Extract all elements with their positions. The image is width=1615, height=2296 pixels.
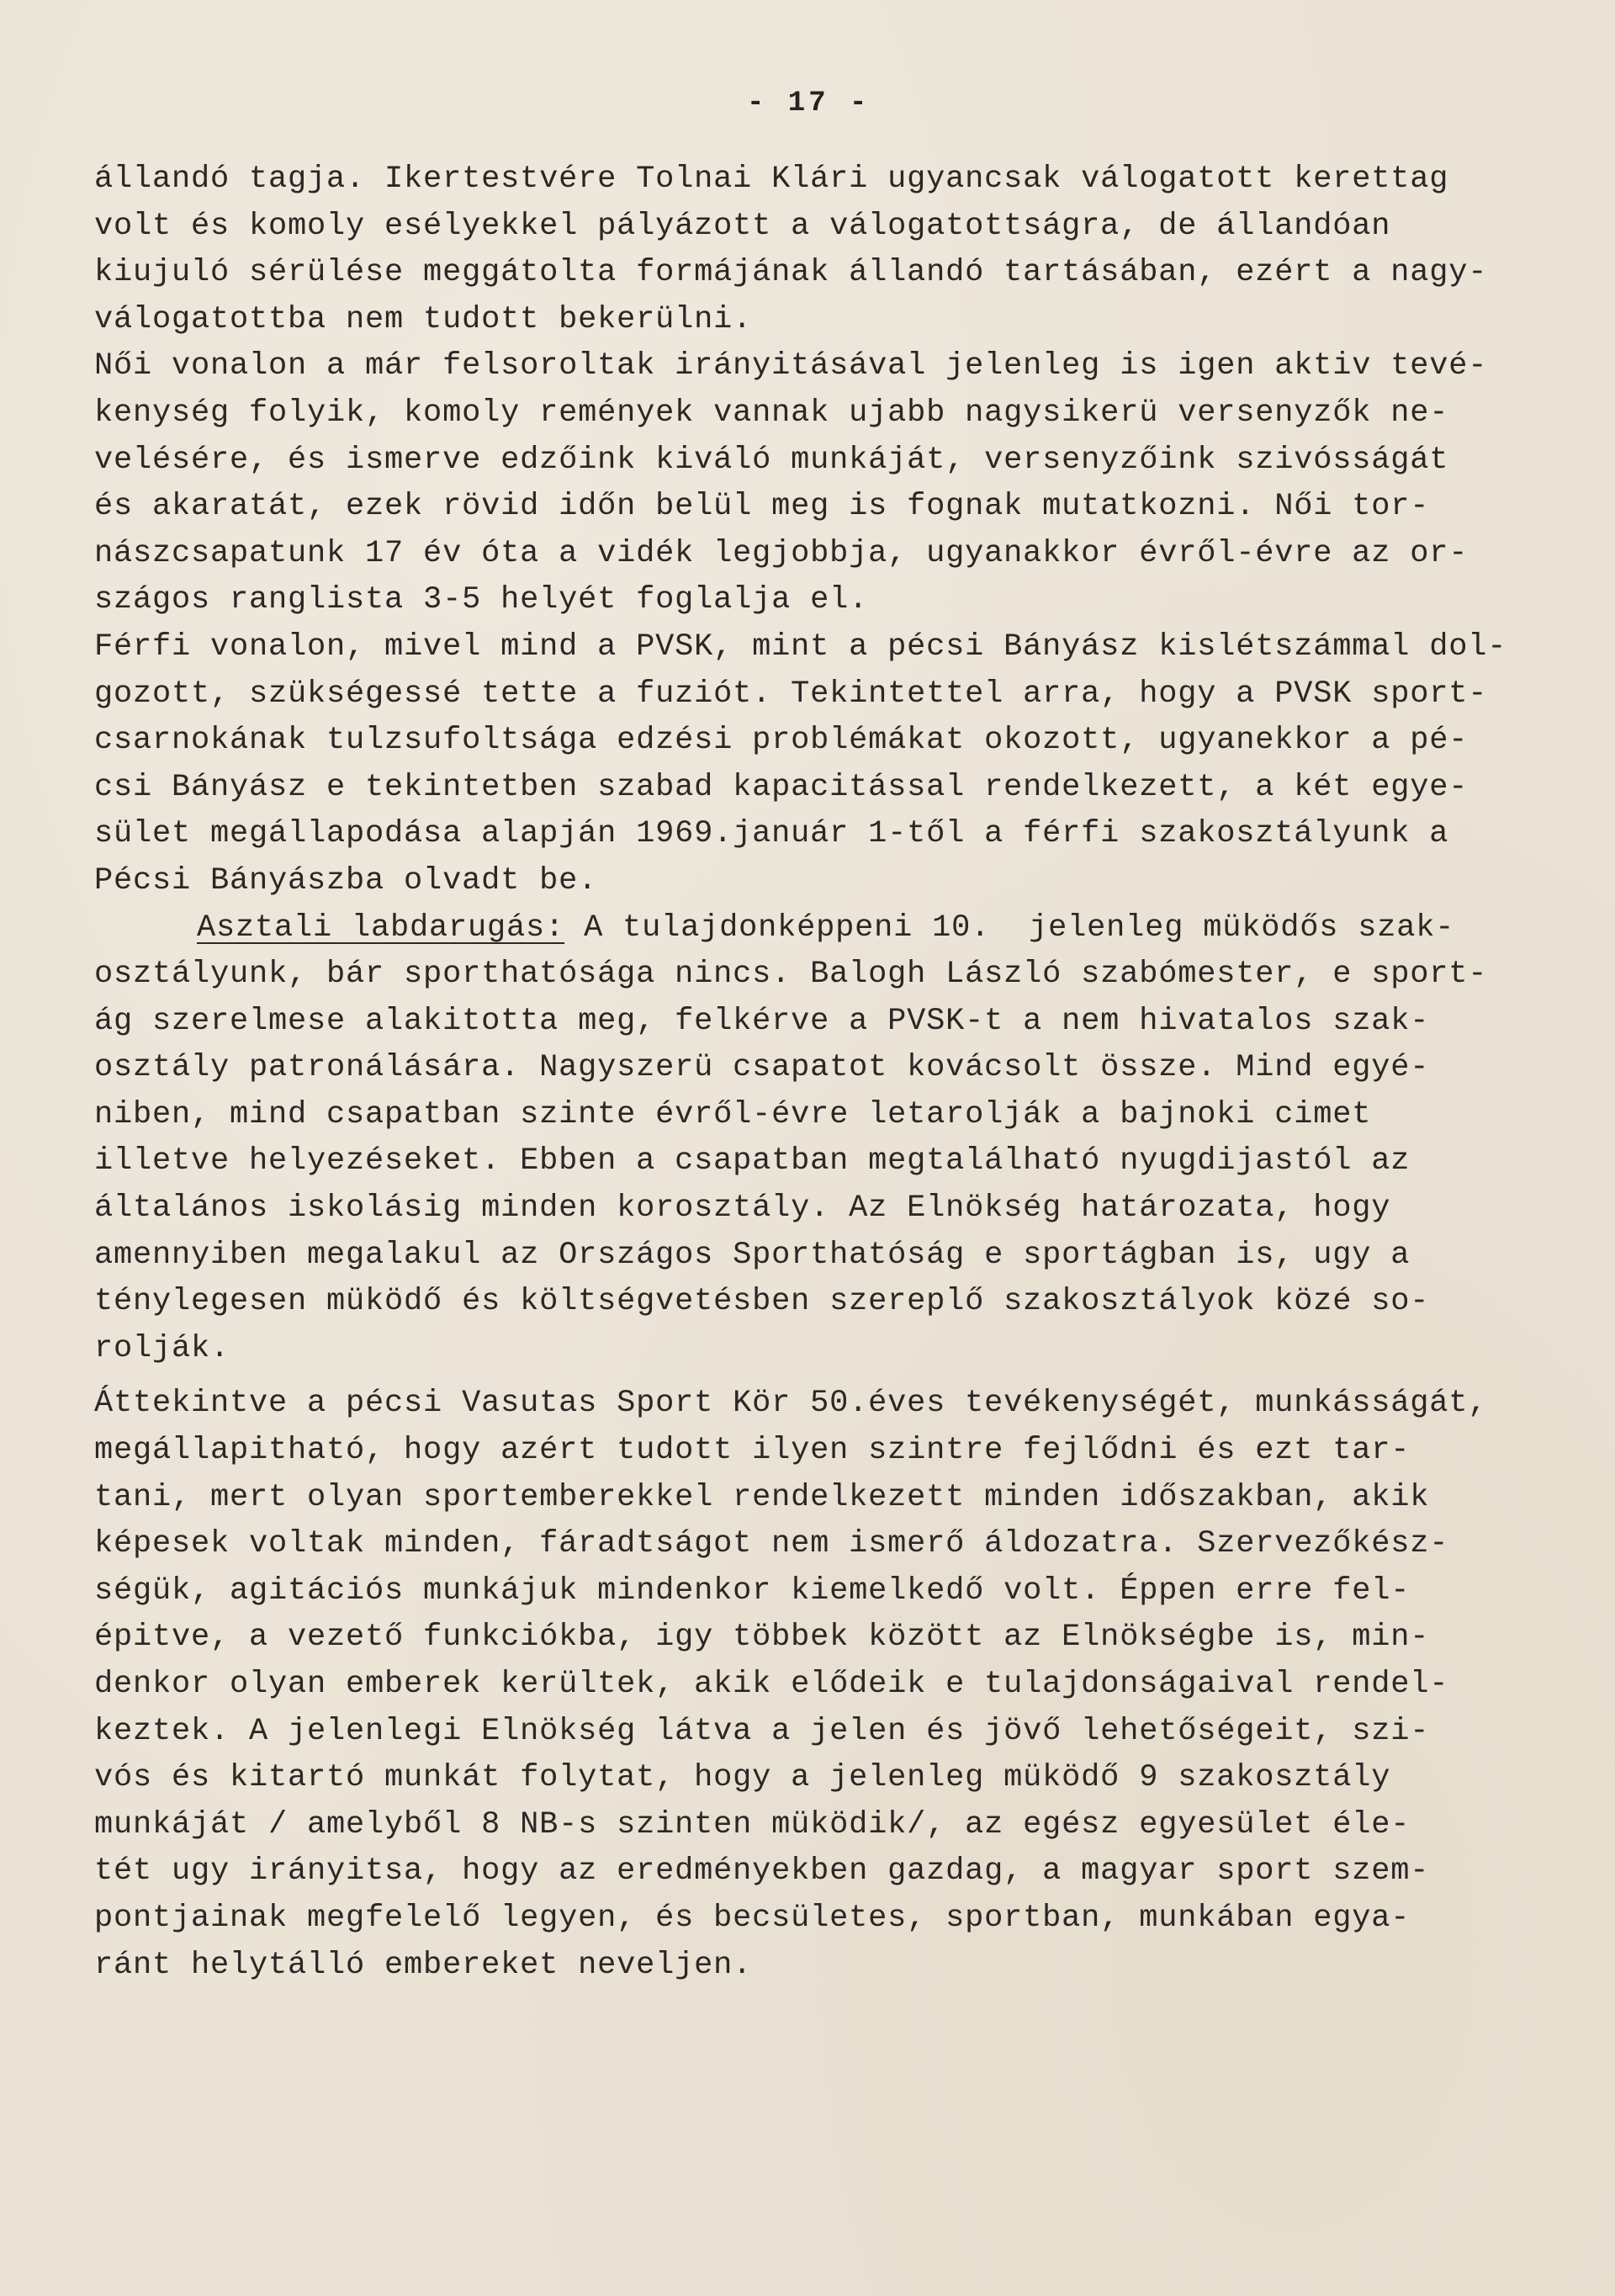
text-line: Férfi vonalon, mivel mind a PVSK, mint a… xyxy=(94,624,1575,671)
text-line: tani, mert olyan sportemberekkel rendelk… xyxy=(94,1475,1575,1522)
text-line: vós és kitartó munkát folytat, hogy a je… xyxy=(94,1755,1575,1802)
text-line: munkáját / amelyből 8 NB-s szinten müköd… xyxy=(94,1802,1575,1849)
text-line: gozott, szükségessé tette a fuziót. Teki… xyxy=(94,671,1575,718)
text-line: általános iskolásig minden korosztály. A… xyxy=(94,1185,1575,1233)
text-line: Pécsi Bányászba olvadt be. xyxy=(94,858,1575,905)
text-line: nászcsapatunk 17 év óta a vidék legjobbj… xyxy=(94,531,1575,578)
text-line: osztályunk, bár sporthatósága nincs. Bal… xyxy=(94,952,1575,999)
text-line: denkor olyan emberek kerültek, akik előd… xyxy=(94,1662,1575,1709)
text-line: képesek voltak minden, fáradtságot nem i… xyxy=(94,1521,1575,1568)
heading-line-text: A tulajdonképpeni 10. jelenleg müködős s… xyxy=(564,910,1454,946)
text-line: ségük, agitációs munkájuk mindenkor kiem… xyxy=(94,1568,1575,1615)
text-line: niben, mind csapatban szinte évről-évre … xyxy=(94,1092,1575,1139)
paragraph-womens-line: Női vonalon a már felsoroltak irányitásá… xyxy=(94,343,1575,624)
paragraph-summary: Áttekintve a pécsi Vasutas Sport Kör 50.… xyxy=(94,1381,1575,1989)
text-line: kiujuló sérülése meggátolta formájának á… xyxy=(94,250,1575,297)
text-line: tét ugy irányitsa, hogy az eredményekben… xyxy=(94,1848,1575,1896)
text-line: pontjainak megfelelő legyen, és becsület… xyxy=(94,1896,1575,1943)
text-line: keztek. A jelenlegi Elnökség látva a jel… xyxy=(94,1709,1575,1756)
page-number: - 17 - xyxy=(747,87,870,119)
text-line: válogatottba nem tudott bekerülni. xyxy=(94,297,1575,344)
text-line-heading: Asztali labdarugás: A tulajdonképpeni 10… xyxy=(94,905,1575,952)
paragraph-mens-line: Férfi vonalon, mivel mind a PVSK, mint a… xyxy=(94,624,1575,905)
text-line: Áttekintve a pécsi Vasutas Sport Kör 50.… xyxy=(94,1381,1575,1428)
text-line: volt és komoly esélyekkel pályázott a vá… xyxy=(94,204,1575,251)
text-line: kenység folyik, komoly remények vannak u… xyxy=(94,390,1575,437)
text-line: ténylegesen müködő és költségvetésben sz… xyxy=(94,1279,1575,1326)
text-line: osztály patronálására. Nagyszerü csapato… xyxy=(94,1045,1575,1092)
paragraph-continuation: állandó tagja. Ikertestvére Tolnai Klári… xyxy=(94,156,1575,343)
text-line: rolják. xyxy=(94,1326,1575,1373)
text-line: állandó tagja. Ikertestvére Tolnai Klári… xyxy=(94,156,1575,204)
text-line: amennyiben megalakul az Országos Sportha… xyxy=(94,1233,1575,1280)
document-body: állandó tagja. Ikertestvére Tolnai Klári… xyxy=(94,156,1575,1989)
text-line: csi Bányász e tekintetben szabad kapacit… xyxy=(94,765,1575,812)
text-line: ránt helytálló embereket neveljen. xyxy=(94,1943,1575,1990)
section-heading: Asztali labdarugás: xyxy=(197,910,564,946)
text-line: velésére, és ismerve edzőink kiváló munk… xyxy=(94,437,1575,485)
text-line: csarnokának tulzsufoltsága edzési problé… xyxy=(94,718,1575,765)
text-line: és akaratát, ezek rövid időn belül meg i… xyxy=(94,484,1575,531)
text-line: Női vonalon a már felsoroltak irányitásá… xyxy=(94,343,1575,390)
typewritten-page: - 17 - állandó tagja. Ikertestvére Tolna… xyxy=(0,0,1615,2296)
text-line: szágos ranglista 3-5 helyét foglalja el. xyxy=(94,577,1575,624)
text-line: illetve helyezéseket. Ebben a csapatban … xyxy=(94,1138,1575,1185)
text-line: sület megállapodása alapján 1969.január … xyxy=(94,811,1575,858)
text-line: épitve, a vezető funkciókba, igy többek … xyxy=(94,1615,1575,1662)
text-line: ág szerelmese alakitotta meg, felkérve a… xyxy=(94,999,1575,1046)
text-line: megállapitható, hogy azért tudott ilyen … xyxy=(94,1428,1575,1475)
paragraph-table-football: Asztali labdarugás: A tulajdonképpeni 10… xyxy=(94,905,1575,1373)
